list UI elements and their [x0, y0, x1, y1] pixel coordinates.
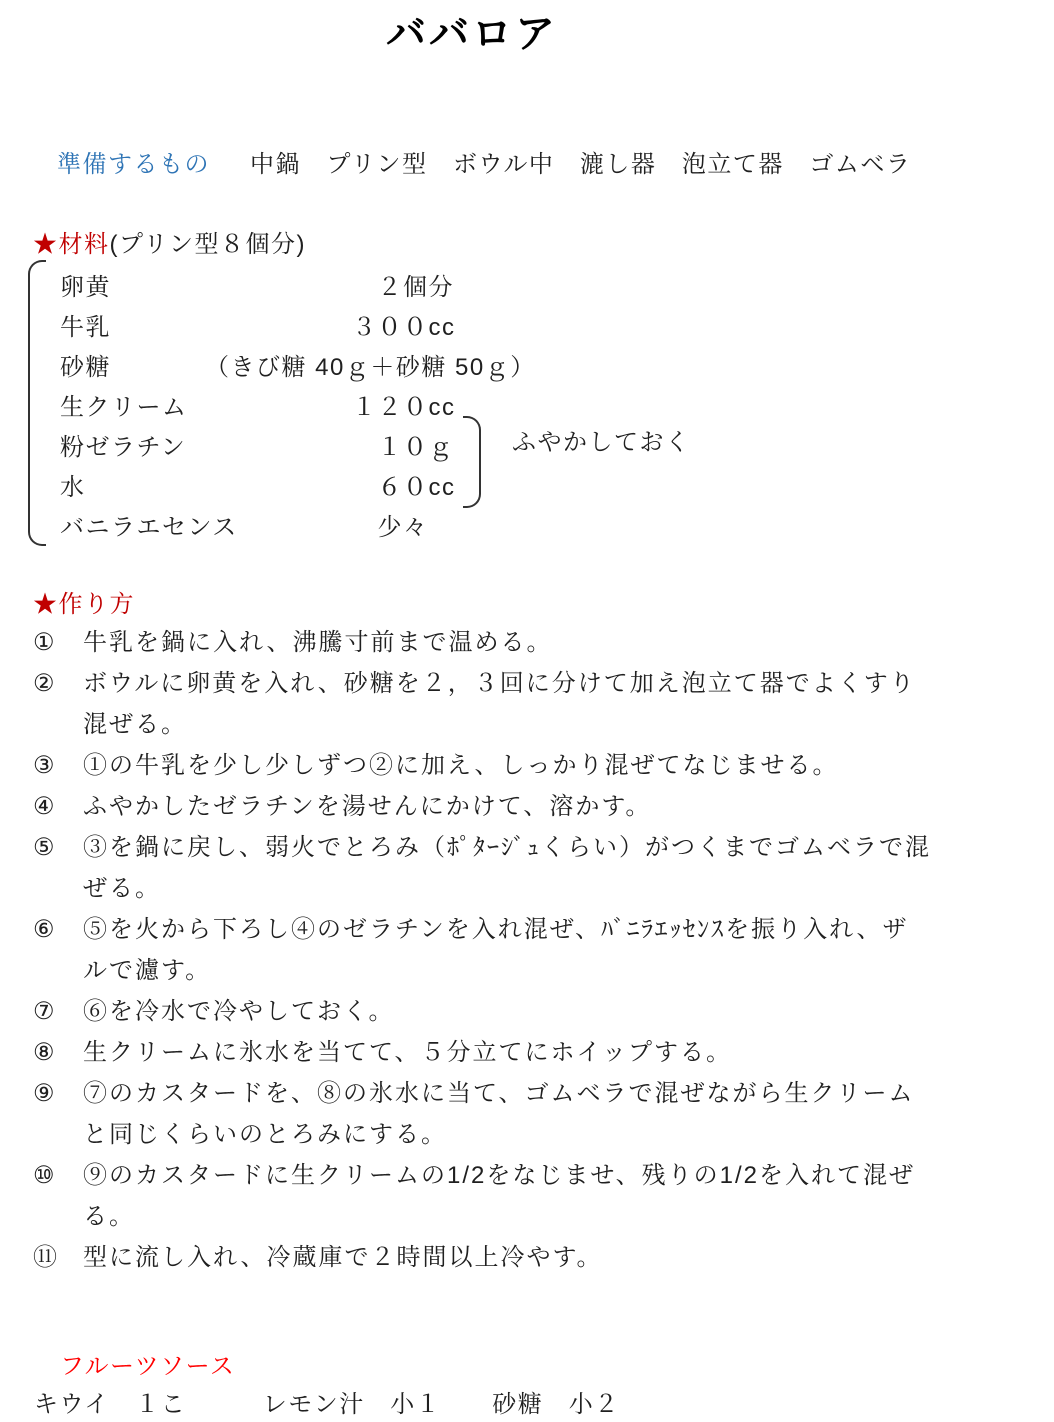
step-text: 牛乳を鍋に入れ、沸騰寸前まで温める。 [83, 622, 931, 663]
ingredient-name: 砂糖 [60, 348, 205, 388]
step-number: ⑧ [33, 1032, 83, 1073]
step-item: ⑥⑤を火から下ろし④のゼラチンを入れ混ぜ、ﾊﾞﾆﾗｴｯｾﾝｽを振り入れ、ザルで濾… [33, 909, 1033, 991]
ingredient-row: 卵黄 ２個分 [60, 268, 536, 308]
step-item: ⑤③を鍋に戻し、弱火でとろみ（ﾎﾟﾀｰｼﾞｭくらい）がつくまでゴムベラで混ぜる。 [33, 827, 1033, 909]
step-item: ⑧生クリームに氷水を当てて、５分立てにホイップする。 [33, 1032, 1033, 1073]
ingredient-amount: ２個分 [352, 274, 454, 301]
step-item: ⑨⑦のカスタードを、⑧の氷水に当て、ゴムベラで混ぜながら生クリームと同じくらいの… [33, 1073, 1033, 1155]
step-text: ⑨のカスタードに生クリームの1/2をなじませ、残りの1/2を入れて混ぜる。 [83, 1155, 931, 1237]
step-number: ② [33, 663, 83, 704]
ingredient-name: 粉ゼラチン [60, 428, 352, 468]
step-text: ⑥を冷水で冷やしておく。 [83, 991, 931, 1032]
step-text: ①の牛乳を少し少しずつ②に加え、しっかり混ぜてなじませる。 [83, 745, 931, 786]
ingredients-block: 卵黄 ２個分 牛乳３００cc 砂糖（きび糖 40ｇ＋砂糖 50ｇ） 生クリーム１… [28, 260, 728, 546]
step-text: 型に流し入れ、冷蔵庫で２時間以上冷やす。 [83, 1237, 931, 1278]
step-item: ②ボウルに卵黄を入れ、砂糖を２，３回に分けて加え泡立て器でよくすり混ぜる。 [33, 663, 1033, 745]
step-number: ⑤ [33, 827, 83, 868]
left-bracket [28, 260, 46, 546]
ingredient-name: 水 [60, 468, 352, 508]
step-item: ①牛乳を鍋に入れ、沸騰寸前まで温める。 [33, 622, 1033, 663]
step-item: ③①の牛乳を少し少しずつ②に加え、しっかり混ぜてなじませる。 [33, 745, 1033, 786]
step-text: ⑤を火から下ろし④のゼラチンを入れ混ぜ、ﾊﾞﾆﾗｴｯｾﾝｽを振り入れ、ザルで濾す… [83, 909, 931, 991]
prep-items: 中鍋 プリン型 ボウル中 漉し器 泡立て器 ゴムベラ [250, 144, 911, 179]
gelatin-note: ふやかしておく [512, 422, 691, 457]
step-number: ⑥ [33, 909, 83, 950]
step-item: ⑦⑥を冷水で冷やしておく。 [33, 991, 1033, 1032]
ingredient-amount: １２０cc [352, 394, 456, 421]
step-number: ⑪ [33, 1237, 83, 1278]
ingredient-name: 卵黄 [60, 268, 352, 308]
prep-label: 準備するもの [57, 144, 210, 179]
ingredients-heading-star: ★材料 [33, 231, 110, 258]
ingredient-amount: ６０cc [352, 474, 456, 501]
step-text: ⑦のカスタードを、⑧の氷水に当て、ゴムベラで混ぜながら生クリームと同じくらいのと… [83, 1073, 931, 1155]
fruit-sauce-ingredients: キウイ １こ レモン汁 小１ 砂糖 小２ [34, 1384, 620, 1419]
step-number: ⑦ [33, 991, 83, 1032]
ingredient-amount: （きび糖 40ｇ＋砂糖 50ｇ） [205, 354, 536, 381]
steps-heading: ★作り方 [33, 584, 135, 619]
step-text: 生クリームに氷水を当てて、５分立てにホイップする。 [83, 1032, 931, 1073]
preparation-row: 準備するもの 中鍋 プリン型 ボウル中 漉し器 泡立て器 ゴムベラ [0, 144, 1054, 176]
steps-list: ①牛乳を鍋に入れ、沸騰寸前まで温める。 ②ボウルに卵黄を入れ、砂糖を２，３回に分… [33, 622, 1033, 1278]
ingredient-name: 生クリーム [60, 388, 352, 428]
step-number: ⑩ [33, 1155, 83, 1196]
step-item: ⑪型に流し入れ、冷蔵庫で２時間以上冷やす。 [33, 1237, 1033, 1278]
step-item: ④ふやかしたゼラチンを湯せんにかけて、溶かす。 [33, 786, 1033, 827]
step-item: ⑩⑨のカスタードに生クリームの1/2をなじませ、残りの1/2を入れて混ぜる。 [33, 1155, 1033, 1237]
step-number: ① [33, 622, 83, 663]
ingredient-row: 牛乳３００cc [60, 308, 536, 348]
ingredient-name: 牛乳 [60, 308, 352, 348]
ingredient-row: バニラエセンス 少々 [60, 508, 536, 548]
step-text: ボウルに卵黄を入れ、砂糖を２，３回に分けて加え泡立て器でよくすり混ぜる。 [83, 663, 931, 745]
step-number: ③ [33, 745, 83, 786]
step-text: ふやかしたゼラチンを湯せんにかけて、溶かす。 [83, 786, 931, 827]
fruit-sauce-heading: フルーツソース [60, 1346, 235, 1381]
ingredient-amount: ３００cc [352, 314, 456, 341]
ingredient-row: 砂糖（きび糖 40ｇ＋砂糖 50ｇ） [60, 348, 536, 388]
page-title: ババロア [0, 2, 999, 59]
ingredient-amount: 少々 [352, 514, 429, 541]
ingredients-servings: (プリン型８個分) [110, 231, 307, 258]
ingredients-heading: ★材料(プリン型８個分) [33, 224, 306, 259]
right-bracket [463, 416, 481, 508]
ingredient-amount: １０ｇ [352, 434, 454, 461]
recipe-page: ババロア 準備するもの 中鍋 プリン型 ボウル中 漉し器 泡立て器 ゴムベラ ★… [0, 0, 1054, 1422]
ingredient-name: バニラエセンス [60, 508, 352, 548]
step-text: ③を鍋に戻し、弱火でとろみ（ﾎﾟﾀｰｼﾞｭくらい）がつくまでゴムベラで混ぜる。 [83, 827, 931, 909]
step-number: ⑨ [33, 1073, 83, 1114]
step-number: ④ [33, 786, 83, 827]
